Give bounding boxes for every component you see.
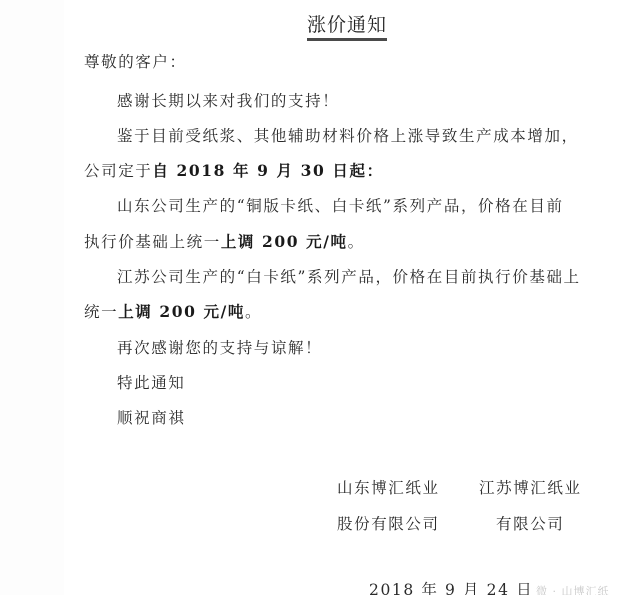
paragraph-thanks-again: 再次感谢您的支持与谅解！ xyxy=(117,336,322,358)
paragraph-reason: 鉴于目前受纸浆、其他辅助材料价格上涨导致生产成本增加， xyxy=(117,124,579,146)
paragraph-notice: 特此通知 xyxy=(117,371,185,393)
signature-jiangsu-line1: 江苏博汇纸业 xyxy=(479,476,582,498)
document-date: 2018 年 9 月 24 日 xyxy=(369,578,533,595)
paragraph-effective-date: 公司定于自 2018 年 9 月 30 日起： xyxy=(84,159,384,181)
salutation: 尊敬的客户： xyxy=(84,50,187,72)
paragraph-jiangsu-line2: 统一上调 200 元/吨。 xyxy=(84,300,262,322)
watermark: 微 · 山博汇纸 xyxy=(536,583,610,595)
page-margin xyxy=(0,0,64,595)
paragraph-shandong-line1: 山东公司生产的“铜版卡纸、白卡纸”系列产品，价格在目前 xyxy=(117,194,564,216)
signature-jiangsu-line2: 有限公司 xyxy=(496,512,564,534)
title-text: 涨价通知 xyxy=(307,10,387,41)
shandong-price-increase: 上调 200 元/吨 xyxy=(221,232,348,251)
jiangsu-price-increase: 上调 200 元/吨 xyxy=(118,302,245,321)
paragraph-regards: 顺祝商祺 xyxy=(117,406,185,428)
jiangsu-suffix: 。 xyxy=(245,303,262,321)
shandong-suffix: 。 xyxy=(348,233,365,251)
signature-shandong-line1: 山东博汇纸业 xyxy=(337,476,440,498)
paragraph-shandong-line2: 执行价基础上统一上调 200 元/吨。 xyxy=(84,230,365,252)
paragraph-jiangsu-line1: 江苏公司生产的“白卡纸”系列产品，价格在目前执行价基础上 xyxy=(117,265,581,287)
effective-date-bold: 自 2018 年 9 月 30 日起： xyxy=(152,161,383,180)
effective-prefix: 公司定于 xyxy=(84,162,152,180)
document-page: 涨价通知 尊敬的客户： 感谢长期以来对我们的支持！ 鉴于目前受纸浆、其他辅助材料… xyxy=(64,0,626,595)
document-title: 涨价通知 xyxy=(64,10,626,41)
shandong-prefix: 执行价基础上统一 xyxy=(84,233,221,251)
signature-shandong-line2: 股份有限公司 xyxy=(337,512,440,534)
jiangsu-prefix: 统一 xyxy=(84,303,118,321)
paragraph-thanks: 感谢长期以来对我们的支持！ xyxy=(117,89,339,111)
